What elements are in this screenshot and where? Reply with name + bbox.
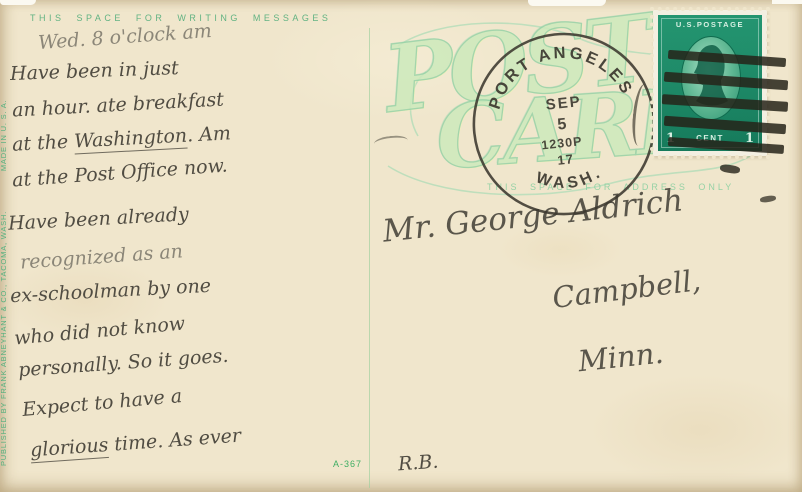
publisher-line: PUBLISHED BY FRANK ABNEYHANT & CO., TACO… — [0, 211, 8, 466]
publisher-credit: PUBLISHED BY FRANK ABNEYHANT & CO., TACO… — [0, 100, 8, 466]
message-line: ex-schoolman by one — [10, 275, 212, 307]
message-line: personally. So it goes. — [17, 345, 229, 382]
card-item-number: A-367 — [333, 459, 362, 469]
postmark-year: 17 — [557, 151, 575, 168]
underlined-word: Washington — [74, 125, 188, 155]
message-text: at the — [12, 130, 75, 155]
address-state: Minn. — [576, 336, 665, 379]
made-in-label: MADE IN U. S. A. — [0, 100, 8, 172]
postcard-back: THIS SPACE FOR WRITING MESSAGES THIS SPA… — [0, 0, 802, 492]
message-line: Have been in just — [10, 57, 179, 85]
postmark-day: 5 — [557, 116, 568, 134]
scan-artifact — [772, 0, 802, 4]
message-line: Wed. 8 o'clock am — [37, 20, 212, 54]
message-line: Expect to have a — [21, 385, 183, 421]
ink-smudge — [760, 195, 777, 203]
address-divider-line — [369, 28, 370, 488]
scan-artifact — [0, 0, 36, 5]
message-line: glorious time. As ever — [29, 425, 241, 462]
message-line: at the Post Office now. — [11, 154, 228, 191]
message-line: an hour. ate breakfast — [12, 88, 225, 121]
message-line: at the Washington. Am — [12, 122, 232, 155]
signature: R.B. — [397, 451, 439, 476]
postmark-month: SEP — [545, 93, 583, 114]
message-line: recognized as an — [19, 240, 183, 273]
message-line: who did not know — [13, 313, 186, 350]
address-city: Campbell, — [550, 263, 702, 315]
postmark-time: 1230P — [541, 134, 583, 152]
underlined-word: glorious — [29, 434, 109, 463]
message-text: time. As ever — [108, 425, 242, 456]
message-line: Have been already — [8, 203, 190, 234]
svg-text:WASH.: WASH. — [532, 163, 607, 196]
stamp-top-label: U.S.POSTAGE — [676, 20, 744, 29]
message-text: . Am — [186, 122, 231, 146]
postmark-state: WASH. — [532, 163, 607, 196]
